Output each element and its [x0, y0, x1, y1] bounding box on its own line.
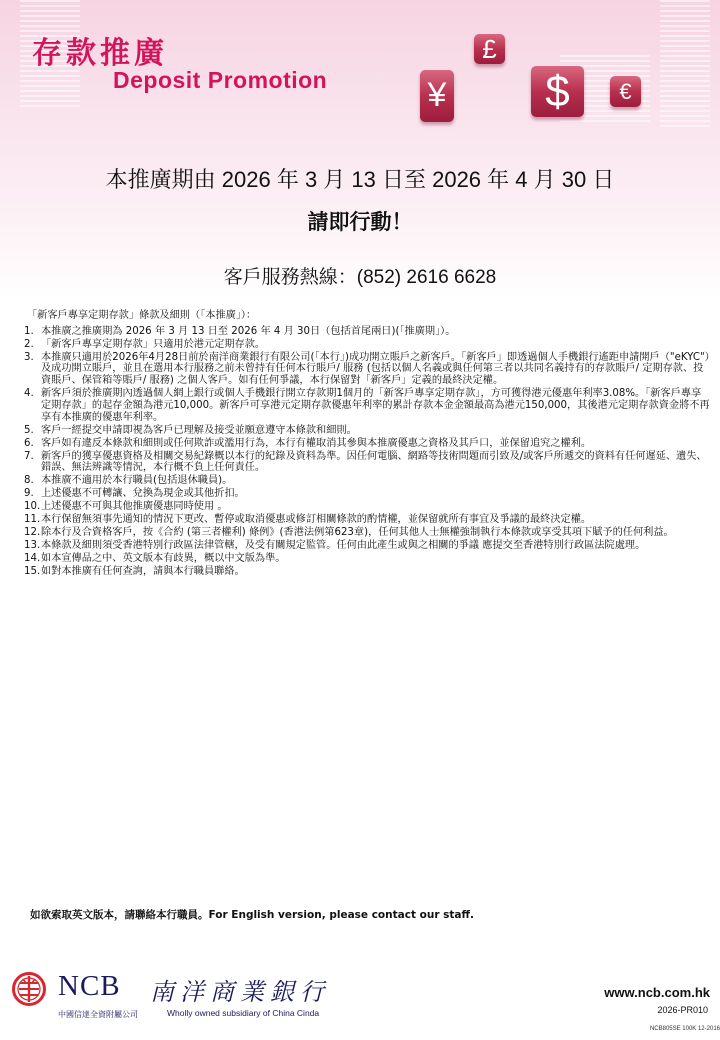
terms-item: 13.本條款及細則須受香港特別行政區法律管轄，及受有關規定監管。任何由此產生或與… — [24, 540, 710, 552]
terms-item-text: 新客戶的獲享優惠資格及相關交易紀錄概以本行的紀錄及資料為準。因任何電腦、網路等技… — [41, 451, 710, 474]
terms-item-number: 14. — [24, 553, 41, 565]
terms-item: 5.客戶一經提交申請即視為客戶已理解及接受並願意遵守本條款和細則。 — [24, 425, 710, 437]
terms-item-text: 本推廣之推廣期為 2026 年 3 月 13 日至 2026 年 4 月 30日… — [41, 326, 710, 338]
terms-item-number: 15. — [24, 566, 41, 578]
terms-item: 1.本推廣之推廣期為 2026 年 3 月 13 日至 2026 年 4 月 3… — [24, 326, 710, 338]
terms-and-conditions: 「新客戶專享定期存款」條款及細則（「本推廣」）： 1.本推廣之推廣期為 2026… — [24, 310, 710, 579]
terms-item-number: 3. — [24, 352, 41, 387]
promotion-period: 本推廣期由 2026 年 3 月 13 日至 2026 年 4 月 30 日 — [0, 163, 720, 194]
terms-item-text: 本推廣只適用於2026年4月28日前於南洋商業銀行有限公司(「本行」)成功開立賬… — [41, 352, 710, 387]
terms-item-text: 新客戶須於推廣期內透過個人網上銀行或個人手機銀行開立存款期1個月的「新客戶專享定… — [41, 388, 710, 423]
terms-item-number: 8. — [24, 475, 41, 487]
terms-item: 12.除本行及合資格客戶，按《合約 (第三者權利) 條例》(香港法例第623章)… — [24, 527, 710, 539]
brand-name-chinese: 南洋商業銀行 — [150, 972, 330, 1007]
terms-item-number: 4. — [24, 388, 41, 423]
customer-hotline: 客戶服務熱線：(852) 2616 6628 — [0, 262, 720, 289]
terms-item-number: 1. — [24, 326, 41, 338]
terms-item: 10.上述優惠不可與其他推廣優惠同時使用 。 — [24, 501, 710, 513]
subsidiary-text-english: Wholly owned subsidiary of China Cinda — [167, 1008, 319, 1018]
subsidiary-text-chinese: 中國信達全資附屬公司 — [58, 1009, 138, 1020]
terms-item-number: 2. — [24, 339, 41, 351]
terms-item-text: 本行保留無須事先通知的情況下更改、暫停或取消優惠或修訂相關條款的酌情權，並保留就… — [41, 514, 710, 526]
terms-item-number: 6. — [24, 438, 41, 450]
terms-item-text: 客戶一經提交申請即視為客戶已理解及接受並願意遵守本條款和細則。 — [41, 425, 710, 437]
terms-item: 3.本推廣只適用於2026年4月28日前於南洋商業銀行有限公司(「本行」)成功開… — [24, 352, 710, 387]
terms-item-number: 9. — [24, 488, 41, 500]
terms-item-text: 本條款及細則須受香港特別行政區法律管轄，及受有關規定監管。任何由此產生或與之相關… — [41, 540, 710, 552]
terms-item: 7.新客戶的獲享優惠資格及相關交易紀錄概以本行的紀錄及資料為準。因任何電腦、網路… — [24, 451, 710, 474]
promo-banner: 存款推廣 Deposit Promotion ¥ £ $ € — [0, 0, 720, 300]
terms-item-number: 11. — [24, 514, 41, 526]
euro-icon: € — [610, 76, 641, 107]
terms-item-text: 如對本推廣有任何查詢，請與本行職員聯絡。 — [41, 566, 710, 578]
terms-item: 9.上述優惠不可轉讓、兌換為現金或其他折扣。 — [24, 488, 710, 500]
terms-item-text: 「新客戶專享定期存款」只適用於港元定期存款。 — [41, 339, 710, 351]
terms-item: 11.本行保留無須事先通知的情況下更改、暫停或取消優惠或修訂相關條款的酌情權，並… — [24, 514, 710, 526]
terms-item-number: 5. — [24, 425, 41, 437]
terms-item: 6.客戶如有違反本條款和細則或任何欺詐或濫用行為，本行有權取消其參與本推廣優惠之… — [24, 438, 710, 450]
terms-item-text: 本推廣不適用於本行職員(包括退休職員)。 — [41, 475, 710, 487]
terms-item-text: 除本行及合資格客戶，按《合約 (第三者權利) 條例》(香港法例第623章)，任何… — [41, 527, 710, 539]
terms-item-text: 上述優惠不可轉讓、兌換為現金或其他折扣。 — [41, 488, 710, 500]
terms-item: 15.如對本推廣有任何查詢，請與本行職員聯絡。 — [24, 566, 710, 578]
terms-item-text: 如本宣傳品之中、英文版本有歧異，概以中文版為準。 — [41, 553, 710, 565]
terms-item-text: 客戶如有違反本條款和細則或任何欺詐或濫用行為，本行有權取消其參與本推廣優惠之資格… — [41, 438, 710, 450]
print-code: NCB805SE 100K 12-2016 — [650, 1026, 720, 1032]
ncb-emblem-icon — [12, 972, 46, 1006]
terms-item-number: 13. — [24, 540, 41, 552]
terms-item: 2.「新客戶專享定期存款」只適用於港元定期存款。 — [24, 339, 710, 351]
pound-icon: £ — [474, 34, 505, 64]
skyline-decoration — [660, 0, 710, 130]
english-version-note: 如欲索取英文版本，請聯絡本行職員。For English version, pl… — [30, 907, 474, 922]
terms-item: 4.新客戶須於推廣期內透過個人網上銀行或個人手機銀行開立存款期1個月的「新客戶專… — [24, 388, 710, 423]
dollar-icon: $ — [531, 66, 584, 117]
terms-item-text: 上述優惠不可與其他推廣優惠同時使用 。 — [41, 501, 710, 513]
terms-list: 1.本推廣之推廣期為 2026 年 3 月 13 日至 2026 年 4 月 3… — [24, 326, 710, 578]
terms-item: 8.本推廣不適用於本行職員(包括退休職員)。 — [24, 475, 710, 487]
banner-title-chinese: 存款推廣 — [32, 28, 168, 72]
website-link[interactable]: www.ncb.com.hk — [604, 985, 710, 1000]
brand-name-english: NCB — [58, 970, 121, 1003]
call-to-action: 請即行動！ — [0, 206, 720, 236]
terms-item-number: 10. — [24, 501, 41, 513]
terms-item: 14.如本宣傳品之中、英文版本有歧異，概以中文版為準。 — [24, 553, 710, 565]
terms-item-number: 7. — [24, 451, 41, 474]
terms-item-number: 12. — [24, 527, 41, 539]
terms-heading: 「新客戶專享定期存款」條款及細則（「本推廣」）： — [27, 310, 710, 322]
promotion-reference: 2026-PR010 — [657, 1005, 708, 1015]
banner-title-english: Deposit Promotion — [113, 67, 327, 94]
yen-icon: ¥ — [420, 70, 454, 122]
